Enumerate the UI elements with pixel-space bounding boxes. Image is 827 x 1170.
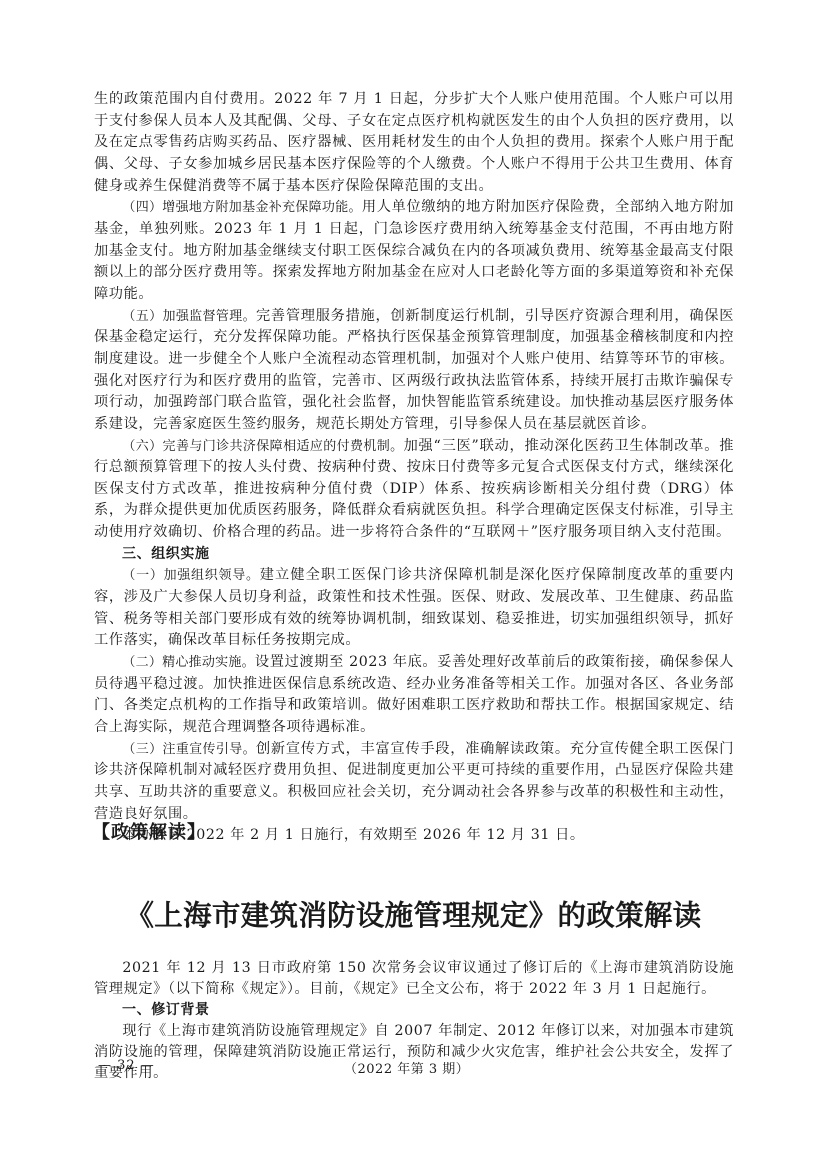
paragraph-personal-account: 生的政策范围内自付费用。2022 年 7 月 1 日起，分步扩大个人账户使用范围… (94, 89, 734, 197)
item-body-5: 完善管理服务措施，创新制度运行机制，引导医疗资源合理利用，确保医保基金稳定运行，… (94, 308, 734, 432)
paragraph-payment-mechanism: （六）完善与门诊共济保障相适应的付费机制。加强“三医”联动，推动深化医药卫生体制… (94, 436, 734, 544)
item-heading-o2: （二）精心推动实施。 (122, 655, 255, 670)
item-heading-o3: （三）注重宣传引导。 (122, 742, 256, 757)
item-heading-6: （六）完善与门诊共济保障相适应的付费机制。 (122, 439, 403, 454)
paragraph-leadership: （一）加强组织领导。建立健全职工医保门诊共济保障机制是深化医疗保障制度改革的重要… (94, 565, 734, 652)
section-heading-background: 一、修订背景 (94, 1000, 734, 1021)
page-number: — 32 — (98, 1058, 155, 1073)
paragraph-supervision: （五）加强监督管理。完善管理服务措施，创新制度运行机制，引导医疗资源合理利用，确… (94, 306, 734, 436)
article-title: 《上海市建筑消防设施管理规定》的政策解读 (0, 893, 827, 934)
paragraph-intro: 2021 年 12 月 13 日市政府第 150 次常务会议审议通过了修订后的《… (94, 958, 734, 1000)
section-tag-policy-interpretation: 【政策解读】 (92, 818, 206, 844)
section-heading-organization: 三、组织实施 (94, 544, 734, 566)
paragraph-implementation: （二）精心推动实施。设置过渡期至 2023 年底。妥善处理好改革前后的政策衔接，… (94, 652, 734, 739)
issue-label: （2022 年第 3 期） (344, 1058, 469, 1077)
article-continuation: 生的政策范围内自付费用。2022 年 7 月 1 日起，分步扩大个人账户使用范围… (94, 89, 734, 847)
item-heading-5: （五）加强监督管理。 (122, 309, 256, 324)
item-heading-o1: （一）加强组织领导。 (122, 568, 259, 583)
item-heading-4: （四）增强地方附加基金补充保障功能。 (122, 200, 361, 215)
paragraph-local-fund: （四）增强地方附加基金补充保障功能。用人单位缴纳的地方附加医疗保险费，全部纳入地… (94, 197, 734, 305)
document-page: 生的政策范围内自付费用。2022 年 7 月 1 日起，分步扩大个人账户使用范围… (0, 0, 827, 1170)
paragraph-publicity: （三）注重宣传引导。创新宣传方式，丰富宣传手段，准确解读政策。充分宣传健全职工医… (94, 739, 734, 826)
